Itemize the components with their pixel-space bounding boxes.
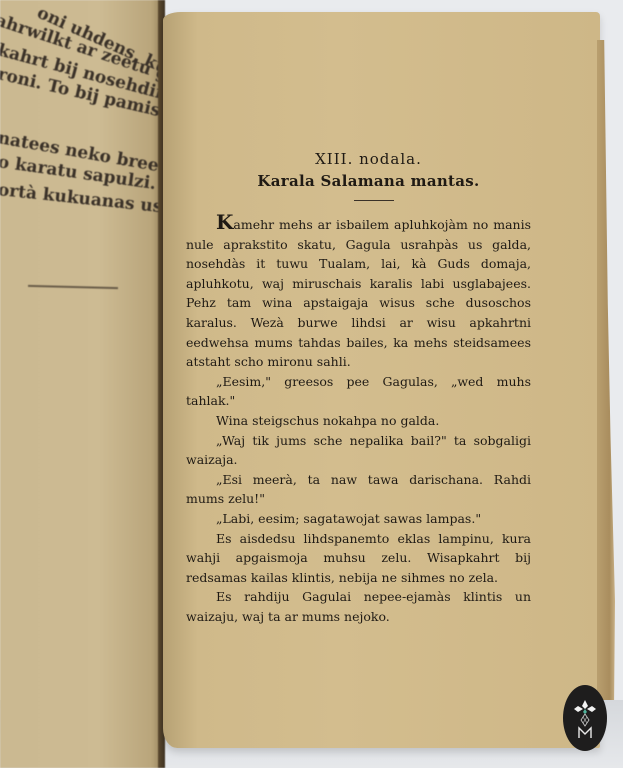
svg-text:M: M bbox=[585, 739, 586, 740]
page-content: XIII. nodala. Karala Salamana mantas. Ka… bbox=[186, 150, 531, 626]
watermark-logo: M bbox=[563, 685, 607, 751]
paragraph: „Esi meerà, ta naw tawa darischana. Rahd… bbox=[186, 470, 531, 509]
left-page: oni uhdens, kura ahrwilkt ar zeetu gaisu… bbox=[0, 0, 165, 768]
drop-cap: K bbox=[216, 210, 233, 234]
page-edge bbox=[597, 40, 615, 700]
folk-ornament-m-logo-icon: M bbox=[570, 696, 600, 740]
section-divider bbox=[28, 285, 118, 289]
paragraph: Es rahdiju Gagulai nepee-ejamàs klintis … bbox=[186, 587, 531, 626]
paragraph: Wina steigschus nokahpa no galda. bbox=[186, 411, 531, 431]
chapter-number: XIII. nodala. bbox=[206, 150, 531, 168]
paragraph: „Waj tik jums sche nepalika bail?" ta so… bbox=[186, 431, 531, 470]
title-divider bbox=[354, 200, 394, 201]
paragraph: „Eesim," greesos pee Gagulas, „wed muhs … bbox=[186, 372, 531, 411]
paragraph: Kamehr mehs ar isbailem apluhkojàm no ma… bbox=[186, 215, 531, 372]
paragraph: „Labi, eesim; sagatawojat sawas lampas." bbox=[186, 509, 531, 529]
paragraph: Es aisdedsu lihdspanemto eklas lampinu, … bbox=[186, 529, 531, 588]
chapter-title: Karala Salamana mantas. bbox=[206, 172, 531, 190]
